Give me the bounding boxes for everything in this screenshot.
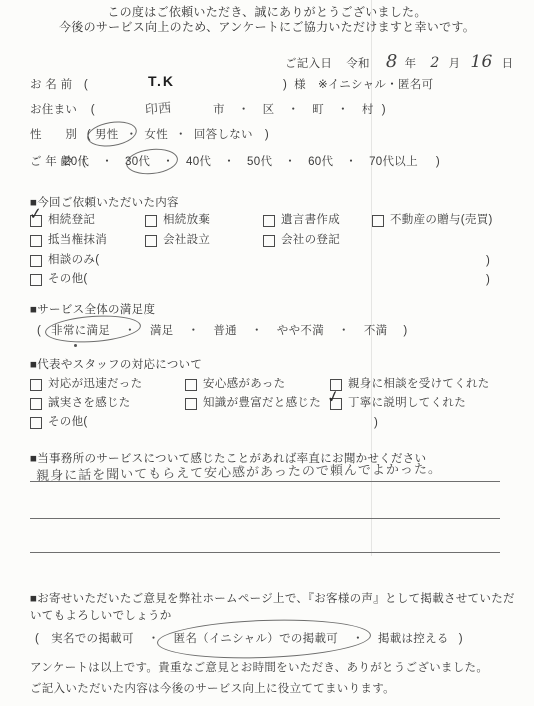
age-option-60s[interactable]: 60代 (308, 155, 333, 169)
pen-dot (74, 344, 77, 347)
checkbox[interactable]: ✓ (185, 398, 197, 410)
residence-option-town[interactable]: 町 (312, 103, 324, 117)
checkbox-label: 抵当権抹消 (48, 234, 107, 248)
close-paren: ) (486, 254, 490, 268)
open-paren: ( (91, 104, 95, 116)
checkbox-label: 対応が迅速だった (48, 378, 142, 392)
gender-option-noanswer[interactable]: 回答しない (194, 128, 253, 142)
comment-line-1[interactable] (30, 481, 500, 482)
separator-dot: ・ (251, 324, 263, 338)
request-item-consultation-only[interactable]: ✓ 相談のみ( (30, 254, 99, 268)
staff-item-knowledgeable[interactable]: ✓ 知識が豊富だと感じた (185, 397, 321, 411)
year-value[interactable]: 8 (386, 51, 398, 74)
separator-dot: ・ (101, 155, 113, 169)
checkbox-label: 会社設立 (163, 234, 210, 248)
age-option-40s[interactable]: 40代 (186, 155, 211, 169)
checkbox-label: 会社の登記 (281, 234, 340, 248)
era-label: 令和 (346, 57, 370, 71)
satisfaction-option-neutral[interactable]: 普通 (213, 324, 237, 338)
separator-dot: ・ (223, 155, 235, 169)
gender-label: 性 別 ( (30, 128, 91, 142)
age-option-20s[interactable]: 20代 (64, 155, 89, 169)
day-value[interactable]: 16 (470, 52, 492, 73)
checkbox[interactable]: ✓ (30, 379, 42, 391)
closing-line-2: ご記入いただいた内容は今後のサービス向上に役立ててまいります。 (30, 682, 395, 696)
date-line: ご記入日 令和 8 年 2 月 16 日 (285, 51, 513, 74)
staff-item-quick-response[interactable]: ✓ 対応が迅速だった (30, 378, 142, 392)
request-item-company-establishment[interactable]: ✓ 会社設立 (145, 234, 210, 248)
age-option-70s[interactable]: 70代以上 (369, 155, 418, 169)
checkbox[interactable]: ✓ (30, 274, 42, 286)
close-paren: ) (374, 416, 378, 430)
request-item-other[interactable]: ✓ その他( (30, 273, 88, 287)
residence-options: 市 ・ 区 ・ 町 ・ 村 ) (213, 103, 386, 117)
checkbox[interactable]: ✓ (145, 215, 157, 227)
separator-dot: ・ (287, 103, 299, 117)
request-item-company-registration[interactable]: ✓ 会社の登記 (263, 234, 340, 248)
name-note: ※イニシャル・匿名可 (318, 78, 433, 92)
age-option-50s[interactable]: 50代 (247, 155, 272, 169)
checkbox-label: 丁寧に説明してくれた (348, 397, 466, 411)
handwritten-circle-very-satisfied (44, 313, 142, 346)
day-unit: 日 (502, 57, 514, 71)
separator-dot: ・ (175, 128, 187, 142)
separator-dot: ・ (337, 103, 349, 117)
close-paren: ) (283, 78, 287, 92)
close-paren: ) (382, 103, 386, 117)
publish-heading-line-1: ■お寄せいただいたご意見を弊社ホームページ上で、『お客様の声』として掲載させてい… (30, 592, 515, 606)
year-unit: 年 (405, 57, 417, 71)
open-paren: ( (37, 324, 41, 338)
handwritten-circle-male (85, 118, 138, 150)
satisfaction-option-dissatisfied[interactable]: 不満 (364, 324, 388, 338)
checkbox-label: 相続登記 (48, 214, 95, 228)
staff-item-other[interactable]: ✓ その他( (30, 416, 88, 430)
residence-option-ward[interactable]: 区 (263, 103, 275, 117)
request-heading: ■今回ご依頼いただいた内容 (30, 196, 179, 210)
gender-option-female[interactable]: 女性 (144, 128, 168, 142)
separator-dot: ・ (345, 155, 357, 169)
request-item-inheritance-registration[interactable]: ✓ 相続登記 (30, 214, 95, 228)
survey-form-page: この度はご依頼いただき、誠にありがとうございました。 今後のサービス向上のため、… (0, 0, 534, 706)
request-item-inheritance-renunciation[interactable]: ✓ 相続放棄 (145, 214, 210, 228)
intro-line-2: 今後のサービス向上のため、アンケートにご協力いただけますと幸いです。 (0, 20, 534, 35)
month-value[interactable]: 2 (430, 55, 439, 73)
checkbox[interactable]: ✓ (145, 235, 157, 247)
close-paren: ) (459, 632, 463, 646)
open-paren: ( (35, 632, 39, 646)
satisfaction-option-somewhat-dissatisfied[interactable]: やや不満 (277, 324, 324, 338)
name-label: お 名 前 ( (30, 78, 88, 92)
residence-label: お住まい ( (30, 103, 95, 117)
publish-option-decline[interactable]: 掲載は控える (378, 632, 449, 646)
honorific: 様 (294, 78, 306, 92)
separator-dot: ・ (338, 324, 350, 338)
intro-line-1: この度はご依頼いただき、誠にありがとうございました。 (0, 5, 534, 20)
comment-line-3[interactable] (30, 552, 500, 553)
staff-item-kind-consultation[interactable]: ✓ 親身に相談を受けてくれた (330, 378, 490, 392)
checkbox[interactable]: ✓ (263, 215, 275, 227)
staff-item-polite-explanation[interactable]: ✓ 丁寧に説明してくれた (330, 397, 466, 411)
handwritten-circle-anonymous (156, 616, 371, 661)
name-value[interactable]: T.K (148, 73, 175, 91)
name-suffix: ) 様 ※イニシャル・匿名可 (283, 78, 433, 92)
checkbox[interactable]: ✓ (30, 215, 42, 227)
checkbox-label: その他( (48, 416, 88, 430)
checkbox[interactable]: ✓ (30, 417, 42, 429)
age-options: 20代 ・ 30代 ・ 40代 ・ 50代 ・ 60代 ・ 70代以上 ) (64, 155, 440, 169)
checkbox-label: 誠実さを感じた (48, 397, 131, 411)
checkbox[interactable]: ✓ (263, 235, 275, 247)
separator-dot: ・ (238, 103, 250, 117)
checkbox[interactable]: ✓ (330, 398, 342, 410)
satisfaction-option-satisfied[interactable]: 満足 (150, 324, 174, 338)
checkbox[interactable]: ✓ (372, 215, 384, 227)
checkbox[interactable]: ✓ (185, 379, 197, 391)
checkbox-label: 不動産の贈与(売買) (390, 214, 493, 228)
closing-line-1: アンケートは以上です。貴重なご意見とお時間をいただき、ありがとうございました。 (30, 661, 488, 675)
open-paren: ( (84, 79, 88, 91)
checkbox-label: 相談のみ( (48, 254, 99, 268)
staff-item-sincerity[interactable]: ✓ 誠実さを感じた (30, 397, 131, 411)
checkbox-label: 知識が豊富だと感じた (203, 397, 321, 411)
close-paren: ) (486, 273, 490, 287)
checkbox-label: その他( (48, 273, 88, 287)
close-paren: ) (403, 324, 407, 338)
close-paren: ) (265, 128, 269, 142)
publish-heading-line-2: いてもよろしいでしょうか (30, 609, 172, 623)
checkbox-label: 相続放棄 (163, 214, 210, 228)
checkbox[interactable]: ✓ (30, 398, 42, 410)
checkbox-label: 親身に相談を受けてくれた (348, 378, 490, 392)
residence-value[interactable]: 印西 (145, 101, 172, 117)
comment-line-2[interactable] (30, 518, 500, 519)
request-item-mortgage-cancellation[interactable]: ✓ 抵当権抹消 (30, 234, 107, 248)
staff-heading: ■代表やスタッフの対応について (30, 358, 202, 372)
check-icon: ✓ (28, 206, 43, 223)
checkbox-label: 安心感があった (203, 378, 285, 392)
checkbox-label: 遺言書作成 (281, 214, 340, 228)
close-paren: ) (436, 155, 440, 169)
request-item-real-estate-gift[interactable]: ✓ 不動産の贈与(売買) (372, 214, 493, 228)
separator-dot: ・ (284, 155, 296, 169)
residence-option-village[interactable]: 村 (362, 103, 374, 117)
month-unit: 月 (449, 57, 461, 71)
checkbox[interactable]: ✓ (30, 235, 42, 247)
handwritten-circle-30s (125, 146, 179, 176)
residence-option-city[interactable]: 市 (213, 103, 225, 117)
publish-option-real-name[interactable]: 実名での掲載可 (51, 632, 134, 646)
separator-dot: ・ (188, 324, 200, 338)
checkbox[interactable]: ✓ (30, 255, 42, 267)
staff-item-felt-secure[interactable]: ✓ 安心感があった (185, 378, 285, 392)
date-label: ご記入日 (285, 57, 332, 71)
request-item-will-creation[interactable]: ✓ 遺言書作成 (263, 214, 340, 228)
